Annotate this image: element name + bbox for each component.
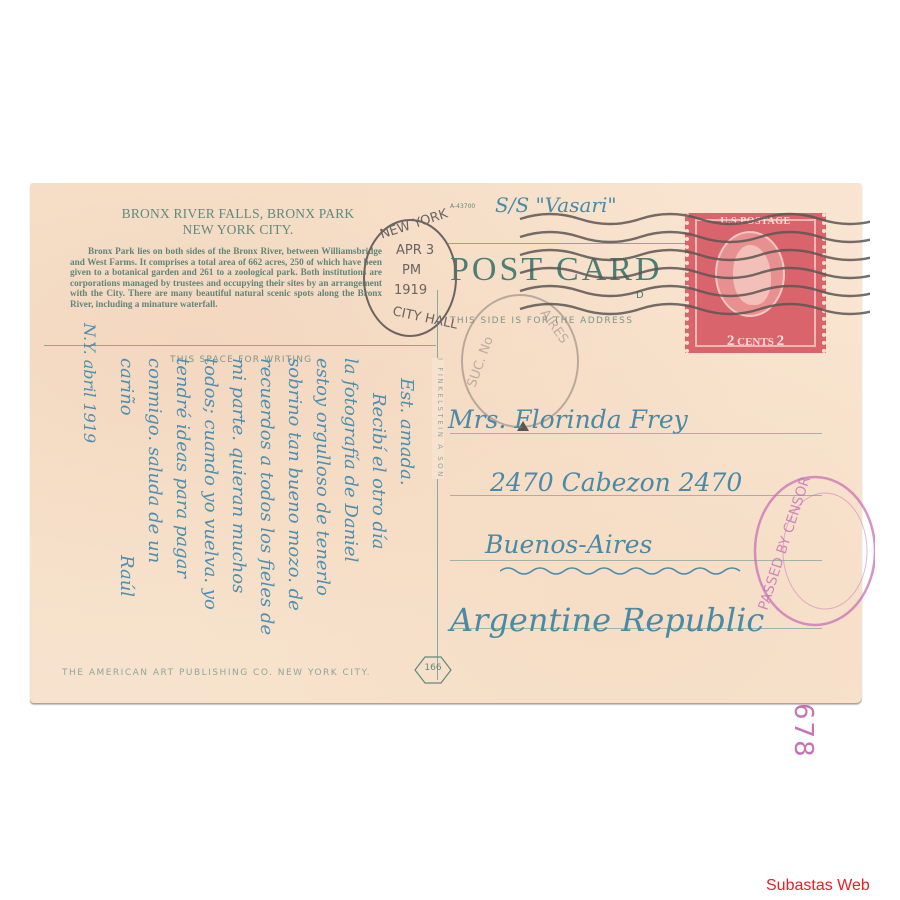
- postmark-time: PM: [402, 263, 421, 278]
- city-underline: [500, 565, 750, 577]
- post-card-subletter: D: [636, 290, 644, 301]
- postmark-year: 1919: [394, 283, 427, 298]
- watermark: Subastas Web: [766, 877, 870, 895]
- postmark-date: APR 3: [396, 243, 434, 258]
- message-line-11: cariño: [116, 358, 137, 416]
- censor-number: 678: [788, 703, 818, 759]
- postcard: BRONX RIVER FALLS, BRONX PARK NEW YORK C…: [30, 183, 862, 703]
- message-line-5: sobrino tan bueno mozo. de: [284, 358, 305, 611]
- postmark-station: CITY HALL: [391, 304, 459, 332]
- address-country: Argentine Republic: [450, 601, 764, 639]
- message-line-6: recuerdos a todos los fieles de: [256, 358, 277, 635]
- caption-line-1: BRONX RIVER FALLS, BRONX PARK: [88, 206, 388, 222]
- message-signature: Raúl: [116, 555, 137, 597]
- publisher-imprint: THE AMERICAN ART PUBLISHING CO. NEW YORK…: [62, 668, 371, 678]
- address-street: 2470 Cabezon 2470: [490, 468, 742, 497]
- card-description: Bronx Park lies on both sides of the Bro…: [70, 246, 382, 310]
- address-recipient: Mrs. Florinda Frey: [448, 405, 688, 434]
- form-number: A-43700: [450, 203, 475, 210]
- address-side-label: THIS SIDE IS FOR THE ADDRESS: [450, 316, 633, 326]
- postage-stamp: U.S.POSTAGE 2 CENTS 2: [685, 213, 826, 353]
- buenos-aires-ring-text: SUC. No: [465, 335, 497, 390]
- card-number-badge: 166: [413, 655, 453, 685]
- writing-divider: [44, 345, 436, 346]
- message-line-8: todos; cuando yo vuelva. yo: [200, 358, 221, 610]
- message-line-7: mi parte. quieran muchos: [228, 358, 249, 593]
- card-caption-title: BRONX RIVER FALLS, BRONX PARK NEW YORK C…: [88, 206, 388, 238]
- washington-portrait: [715, 231, 785, 317]
- post-card-title: POST CARD: [450, 251, 663, 289]
- stamp-value: 2 CENTS 2: [689, 333, 822, 350]
- address-line-3: [450, 560, 822, 561]
- message-line-2: Recibí el otro día: [368, 393, 389, 549]
- message-line-10: conmigo. saluda de un: [144, 358, 165, 563]
- message-line-1: Est. amada.: [396, 378, 417, 486]
- message-line-9: tendré ideas para pagar: [172, 358, 193, 578]
- vertical-imprint: I FINKELSTEIN A SON: [432, 358, 444, 479]
- address-city: Buenos-Aires: [485, 530, 652, 559]
- postmark-city: NEW YORK: [378, 207, 449, 243]
- center-divider: [437, 290, 438, 680]
- svg-text:AIRES: AIRES: [537, 307, 571, 347]
- ship-routing-note: S/S "Vasari": [495, 193, 617, 217]
- caption-line-2: NEW YORK CITY.: [88, 222, 388, 238]
- message-line-4: estoy orgulloso de tenerlo: [312, 358, 333, 596]
- stamp-top-text: U.S.POSTAGE: [689, 216, 822, 227]
- message-line-3: la fotografía de Daniel: [340, 358, 361, 562]
- header-divider: [448, 243, 688, 244]
- message-date-note: N.Y. abril 1919: [80, 323, 99, 443]
